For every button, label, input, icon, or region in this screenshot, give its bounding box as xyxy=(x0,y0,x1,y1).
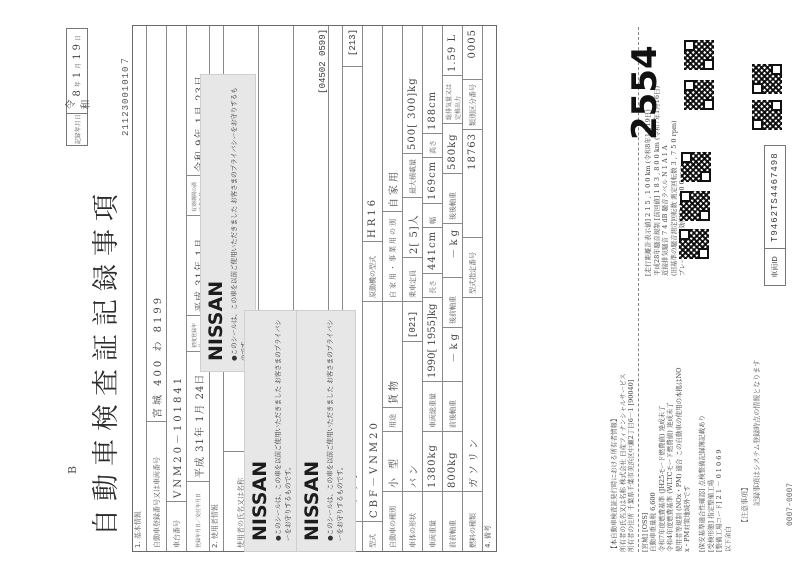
inspection-record-document: B 自動車検査証記録事項 記録年月日 令和 8 年 1 月 19 日 21123… xyxy=(0,0,800,566)
privacy-sticker: NISSAN ●このシールは、この車を以前ご使用いただきました お客さまのプライ… xyxy=(296,310,356,552)
registration-number-label: 自動車登録番号又は車両番号 xyxy=(147,421,166,551)
qr-code-icon xyxy=(684,40,714,70)
fuel-label: 燃料の種類 xyxy=(463,491,482,551)
make-code: [213] xyxy=(343,26,362,66)
displacement-label: 総排気量又は定格出力 xyxy=(443,75,462,123)
vehicle-weight-label: 車両重量 xyxy=(423,491,442,551)
height: 188cm xyxy=(423,26,442,133)
fuel: ガソリン xyxy=(463,297,482,491)
category: 0005 xyxy=(463,26,482,79)
vehicle-id-label: 車両ID xyxy=(765,248,785,285)
qr-code-icon xyxy=(680,191,710,221)
max-load: 500[ 300]kg xyxy=(403,26,422,153)
front-front-axle-label: 前前軸重 xyxy=(443,491,462,551)
qr-code-icon xyxy=(679,229,709,259)
chassis-number: VNM20－101841 xyxy=(167,26,186,501)
displacement: 1.59 L xyxy=(443,26,462,75)
registration-number: 宮城 400 わ 8199 xyxy=(147,26,166,421)
gross-weight: 1990[ 1955]kg xyxy=(423,297,442,381)
privacy-sticker: NISSAN ●このシールは、この車を以前ご使用いただきました お客さまのプライ… xyxy=(244,310,300,552)
record-date-month: 1 xyxy=(72,69,83,78)
serial-number: 21123001010７ xyxy=(118,56,131,136)
document-title: 自動車検査証記録事項 xyxy=(84,186,123,536)
engine-model: HR16 xyxy=(363,26,382,241)
registration-date-label: 登録年月日／交付年月日 xyxy=(187,481,209,551)
record-date-era: 令和 xyxy=(62,97,92,110)
caution-heading: 【注意事項】 xyxy=(740,484,750,526)
front-rear-axle: －kg xyxy=(443,327,462,381)
vehicle-type-label: 自動車の種別 xyxy=(383,491,402,551)
base-location-code: [04502 0599] xyxy=(318,29,328,94)
remarks-line: (旧基準の騒音測定回転数 測定回転数 3 , 7 5 0 rpm) xyxy=(670,26,679,276)
height-label: 高さ xyxy=(423,133,442,157)
form-letter: B xyxy=(66,466,79,474)
capacity: 2[ 5]人 xyxy=(403,197,422,257)
vehicle-id-value: T9462TS4467498 xyxy=(765,146,785,248)
length-label: 長さ xyxy=(423,273,442,297)
qr-code-icon xyxy=(752,100,782,130)
body-shape: バン xyxy=(403,341,422,491)
business-label: 自家用・事業用の別 xyxy=(383,211,402,301)
qr-code-icon xyxy=(752,64,782,94)
vehicle-id-box: 車両ID T9462TS4467498 xyxy=(764,145,786,286)
use-label: 用途 xyxy=(383,407,402,431)
rear-front-axle: －kg xyxy=(443,223,462,277)
page-number: 0007-0007 xyxy=(786,483,795,526)
section1-heading: 1. 基本情報 xyxy=(133,26,147,551)
handwritten-note: 2554 xyxy=(628,50,668,140)
record-date-day: 19 xyxy=(72,41,83,60)
type-designation-label: 型式指定番号 xyxy=(463,237,482,297)
category-label: 類別区分番号 xyxy=(463,79,482,129)
chassis-number-label: 車台番号 xyxy=(167,501,186,551)
length: 441cm xyxy=(423,227,442,273)
qr-code-icon xyxy=(681,152,711,182)
section4-heading: 4. 備考 xyxy=(483,26,496,551)
use: 貨物 xyxy=(383,301,402,407)
front-rear-axle-label: 前後軸重 xyxy=(443,381,462,431)
width-label: 幅 xyxy=(423,203,442,227)
remarks-line: 以下余白 xyxy=(724,27,733,552)
gross-weight-label: 車両総重量 xyxy=(423,381,442,431)
engine-model-label: 原動機の型式 xyxy=(363,241,382,301)
body-shape-code: [021] xyxy=(403,301,422,341)
type-designation: 18763 xyxy=(463,129,482,237)
width: 169cm xyxy=(423,157,442,203)
vehicle-type: 小 型 xyxy=(383,431,402,491)
body-shape-label: 車体の形状 xyxy=(403,491,422,551)
remarks-line: [整備工場コード] 2 1 － 0 1 0 6 9 xyxy=(715,27,724,552)
caution-text: 記録事項はシステム登録時点の情報となります xyxy=(752,360,762,506)
model: CBF－VNM20 xyxy=(363,301,382,521)
capacity-label: 乗車定員 xyxy=(403,257,422,301)
rear-rear-axle: 580kg xyxy=(443,123,462,173)
record-date: 記録年月日 令和 8 年 1 月 19 日 xyxy=(66,28,88,146)
rear-rear-axle-label: 後後軸重 xyxy=(443,173,462,223)
record-date-year: 8 xyxy=(72,87,83,96)
record-date-label: 記録年月日 xyxy=(67,113,87,145)
max-load-label: 最大積載量 xyxy=(403,153,422,197)
business: 自家用 xyxy=(383,26,402,211)
front-front-axle: 800kg xyxy=(443,431,462,491)
qr-code-icon xyxy=(684,80,714,110)
model-label: 型式 xyxy=(363,521,382,551)
vehicle-weight: 1380kg xyxy=(423,431,442,491)
rear-front-axle-label: 後前軸重 xyxy=(443,277,462,327)
